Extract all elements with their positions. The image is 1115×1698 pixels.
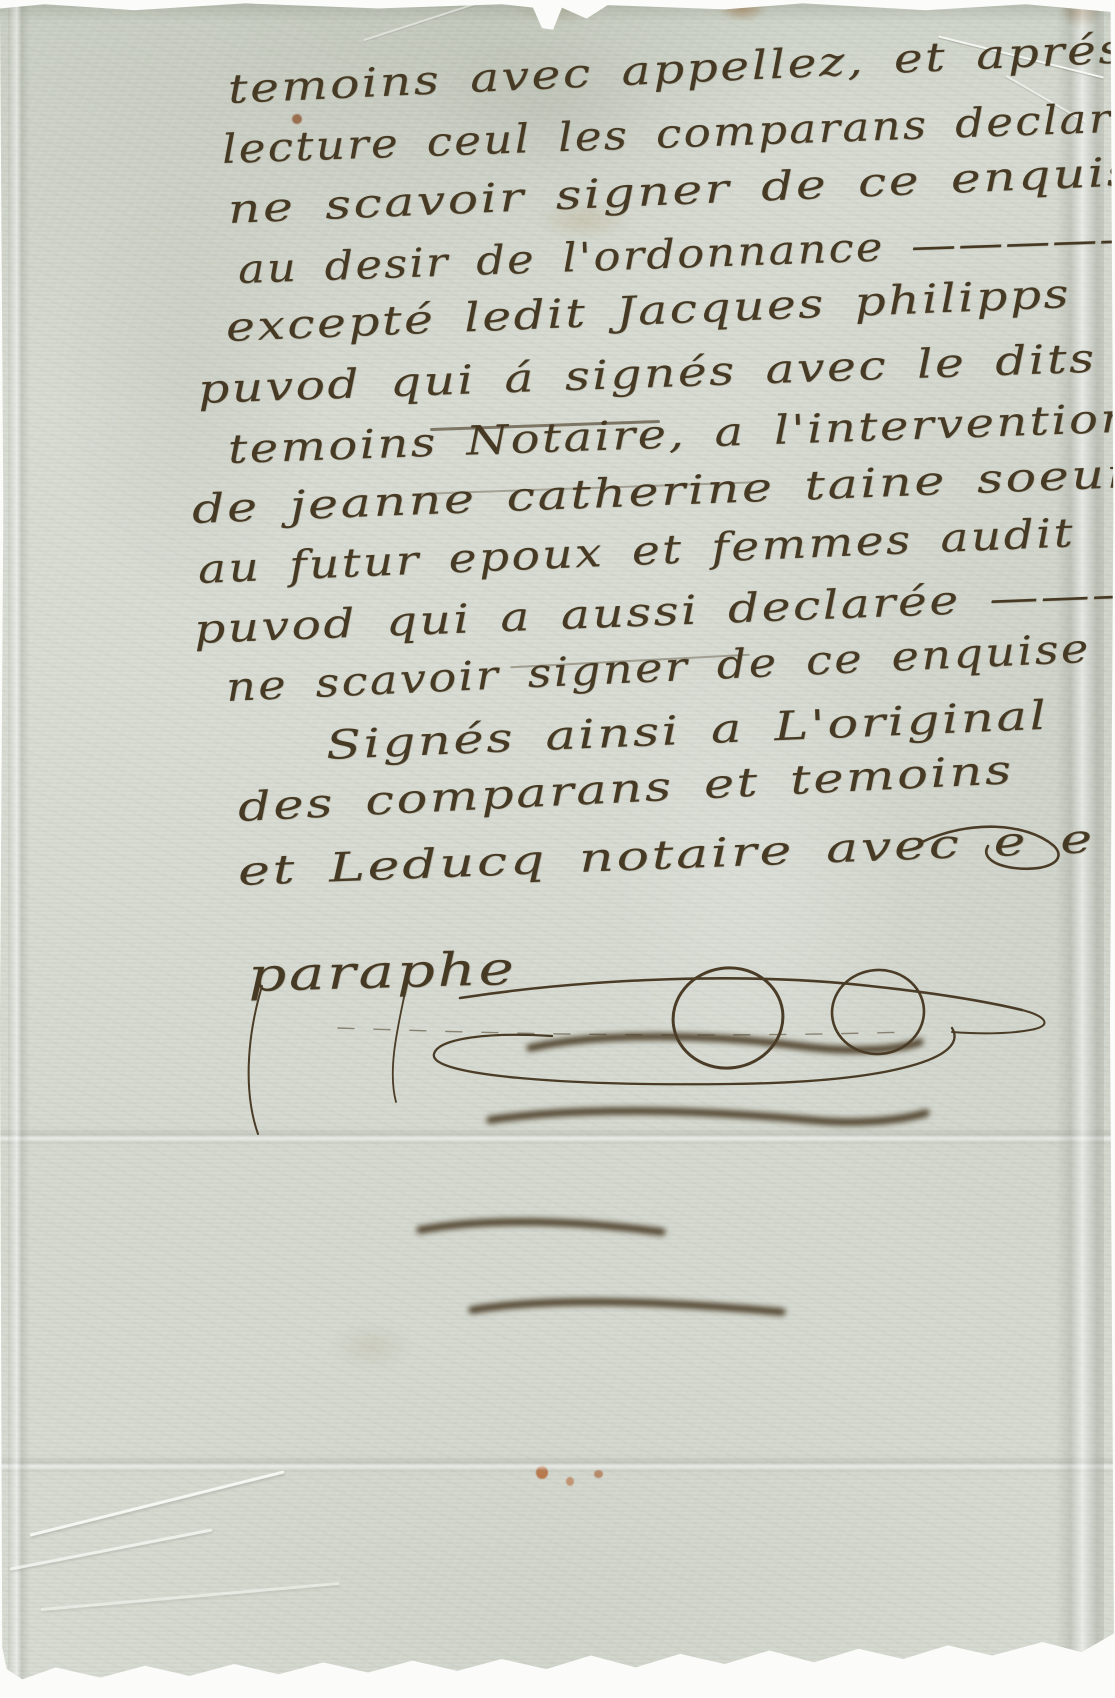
- fold-crease-horizontal: [0, 1456, 1115, 1474]
- fold-crease-vertical-left: [8, 0, 30, 1698]
- pen-swoosh: [918, 816, 1068, 886]
- manuscript-page: temoins avec appellez, et aprés lecture …: [0, 0, 1115, 1698]
- paraphe-flourish: [210, 930, 1070, 1165]
- foxing-spot: [566, 1477, 574, 1486]
- rust-speck: [292, 114, 302, 124]
- document-scan: temoins avec appellez, et aprés lecture …: [0, 0, 1115, 1698]
